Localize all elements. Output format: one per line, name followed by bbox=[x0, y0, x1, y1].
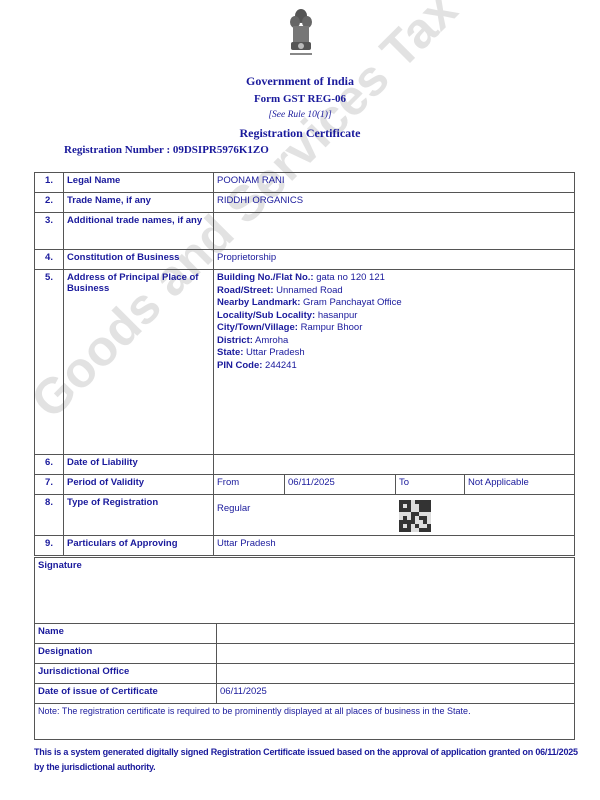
constitution-value: Proprietorship bbox=[214, 250, 575, 270]
system-generated-footer: This is a system generated digitally sig… bbox=[34, 745, 579, 775]
table-row: 1. Legal Name POONAM RANI bbox=[35, 173, 575, 193]
address-val: Uttar Pradesh bbox=[243, 347, 304, 358]
designation-label: Designation bbox=[35, 644, 217, 664]
address-key: Locality/Sub Locality: bbox=[217, 310, 315, 321]
row-number: 2. bbox=[35, 193, 64, 213]
table-row: 9. Particulars of Approving Uttar Prades… bbox=[35, 536, 575, 556]
date-of-liability-label: Date of Liability bbox=[64, 455, 214, 475]
table-row: 6. Date of Liability bbox=[35, 455, 575, 475]
row-number: 6. bbox=[35, 455, 64, 475]
address-val: hasanpur bbox=[315, 310, 357, 321]
address-val: Rampur Bhoor bbox=[298, 322, 362, 333]
additional-trade-names-label: Additional trade names, if any bbox=[64, 213, 214, 250]
row-number: 1. bbox=[35, 173, 64, 193]
row-number: 3. bbox=[35, 213, 64, 250]
type-of-registration-value: Regular bbox=[214, 495, 396, 536]
date-of-liability-value bbox=[214, 455, 575, 475]
address-label: Address of Principal Place of Business bbox=[64, 270, 214, 455]
designation-value bbox=[217, 644, 575, 664]
date-of-issue-label: Date of issue of Certificate bbox=[35, 684, 217, 704]
constitution-label: Constitution of Business bbox=[64, 250, 214, 270]
particulars-of-approving-value: Uttar Pradesh bbox=[214, 536, 575, 556]
name-label: Name bbox=[35, 624, 217, 644]
address-key: Nearby Landmark: bbox=[217, 297, 300, 308]
row-number: 5. bbox=[35, 270, 64, 455]
signature-label: Signature bbox=[35, 558, 575, 624]
row-number: 9. bbox=[35, 536, 64, 556]
period-of-validity-label: Period of Validity bbox=[64, 475, 214, 495]
certificate-title: Registration Certificate bbox=[0, 126, 600, 141]
government-heading: Government of India bbox=[0, 74, 600, 89]
address-val: Gram Panchayat Office bbox=[300, 297, 401, 308]
display-note: Note: The registration certificate is re… bbox=[35, 704, 575, 740]
legal-name-value: POONAM RANI bbox=[214, 173, 575, 193]
table-row: Name bbox=[35, 624, 575, 644]
legal-name-label: Legal Name bbox=[64, 173, 214, 193]
table-row: 5. Address of Principal Place of Busines… bbox=[35, 270, 575, 455]
table-row: Date of issue of Certificate 06/11/2025 bbox=[35, 684, 575, 704]
address-val: Amroha bbox=[253, 335, 288, 346]
table-row: Jurisdictional Office bbox=[35, 664, 575, 684]
address-val: 244241 bbox=[262, 360, 296, 371]
form-heading: Form GST REG-06 bbox=[0, 93, 600, 105]
table-row: Note: The registration certificate is re… bbox=[35, 704, 575, 740]
jurisdictional-office-value bbox=[217, 664, 575, 684]
type-of-registration-label: Type of Registration bbox=[64, 495, 214, 536]
name-value bbox=[217, 624, 575, 644]
national-emblem-icon bbox=[286, 6, 316, 58]
table-row: 8. Type of Registration Regular bbox=[35, 495, 575, 536]
additional-trade-names-value bbox=[214, 213, 575, 250]
table-row: 2. Trade Name, if any RIDDHI ORGANICS bbox=[35, 193, 575, 213]
address-val: Unnamed Road bbox=[273, 285, 342, 296]
table-row: 7. Period of Validity From 06/11/2025 To… bbox=[35, 475, 575, 495]
qr-cell bbox=[396, 495, 575, 536]
address-val: gata no 120 121 bbox=[314, 272, 385, 283]
registration-number: Registration Number : 09DSIPR5976K1ZO bbox=[64, 144, 269, 156]
trade-name-label: Trade Name, if any bbox=[64, 193, 214, 213]
date-of-issue-value: 06/11/2025 bbox=[217, 684, 575, 704]
particulars-of-approving-label: Particulars of Approving bbox=[64, 536, 214, 556]
address-key: City/Town/Village: bbox=[217, 322, 298, 333]
from-date: 06/11/2025 bbox=[285, 475, 396, 495]
table-row: 3. Additional trade names, if any bbox=[35, 213, 575, 250]
address-key: District: bbox=[217, 335, 253, 346]
from-label: From bbox=[214, 475, 285, 495]
table-row: Designation bbox=[35, 644, 575, 664]
address-key: PIN Code: bbox=[217, 360, 262, 371]
table-row: 4. Constitution of Business Proprietorsh… bbox=[35, 250, 575, 270]
trade-name-value: RIDDHI ORGANICS bbox=[214, 193, 575, 213]
jurisdictional-office-label: Jurisdictional Office bbox=[35, 664, 217, 684]
to-date: Not Applicable bbox=[465, 475, 575, 495]
to-label: To bbox=[396, 475, 465, 495]
address-key: State: bbox=[217, 347, 243, 358]
row-number: 4. bbox=[35, 250, 64, 270]
table-row: Signature bbox=[35, 558, 575, 624]
rule-reference: [See Rule 10(1)] bbox=[0, 110, 600, 120]
address-key: Building No./Flat No.: bbox=[217, 272, 314, 283]
registration-details-table: 1. Legal Name POONAM RANI 2. Trade Name,… bbox=[34, 172, 575, 556]
address-value: Building No./Flat No.: gata no 120 121 R… bbox=[214, 270, 575, 455]
qr-code-icon bbox=[399, 499, 431, 533]
row-number: 7. bbox=[35, 475, 64, 495]
row-number: 8. bbox=[35, 495, 64, 536]
signature-table: Signature Name Designation Jurisdictiona… bbox=[34, 557, 575, 740]
address-key: Road/Street: bbox=[217, 285, 273, 296]
